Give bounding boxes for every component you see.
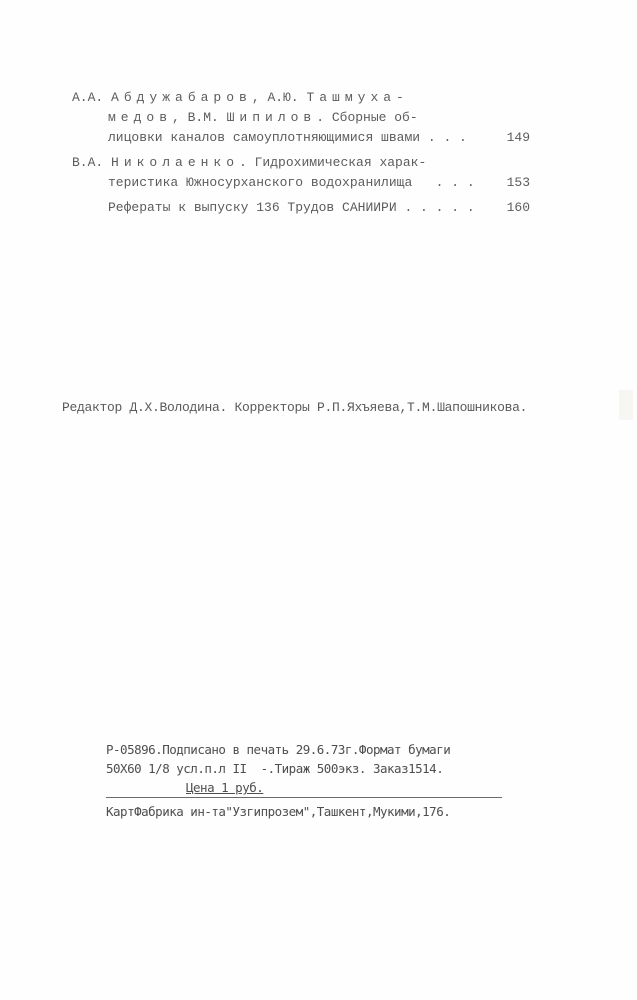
author-initials: , А.Ю.: [252, 90, 307, 105]
author-name: Николаенко: [111, 155, 239, 170]
editor-credits: Редактор Д.Х.Володина. Корректоры Р.П.Ях…: [62, 400, 527, 415]
author-name: Абдужабаров: [111, 90, 252, 105]
printer-line: КартФабрика ин-та"Узгипрозем",Ташкент,Му…: [106, 802, 506, 821]
article-title: . Гидрохимическая харак-: [239, 155, 426, 170]
page-number: 149: [507, 128, 530, 148]
page-number: 153: [507, 173, 530, 193]
author-name: Ташмуха-: [306, 90, 408, 105]
toc-line: В.А. Николаенко. Гидрохимическая харак-: [72, 153, 542, 173]
author-initials: А.А.: [72, 90, 111, 105]
separator-rule: [106, 797, 502, 798]
author-name: Шипилов: [227, 110, 317, 125]
document-page: А.А. Абдужабаров, А.Ю. Ташмуха- медов, В…: [0, 0, 637, 1000]
author-initials: , В.М.: [172, 110, 227, 125]
toc-entry-abdujabarov: А.А. Абдужабаров, А.Ю. Ташмуха- медов, В…: [72, 88, 542, 148]
article-title: Рефераты к выпуску 136 Трудов САНИИРИ . …: [108, 200, 475, 215]
toc-line: теристика Южносурханского водохранилища …: [72, 173, 542, 193]
imprint-line-2: 50Х60 1/8 усл.п.л II -.Тираж 500экз. Зак…: [106, 759, 506, 778]
price-line: Цена 1 руб.: [106, 778, 506, 797]
toc-line: Рефераты к выпуску 136 Трудов САНИИРИ . …: [72, 198, 542, 218]
article-title: лицовки каналов самоуплотняющимися швами…: [108, 130, 467, 145]
author-name: медов: [108, 110, 172, 125]
table-of-contents: А.А. Абдужабаров, А.Ю. Ташмуха- медов, В…: [72, 88, 542, 223]
article-title: . Сборные об-: [316, 110, 417, 125]
toc-entry-abstracts: Рефераты к выпуску 136 Трудов САНИИРИ . …: [72, 198, 542, 218]
imprint-line-1: Р-05896.Подписано в печать 29.6.73г.Форм…: [106, 740, 506, 759]
toc-line: лицовки каналов самоуплотняющимися швами…: [72, 128, 542, 148]
page-number: 160: [507, 198, 530, 218]
imprint-block: Р-05896.Подписано в печать 29.6.73г.Форм…: [106, 740, 506, 821]
toc-entry-nikolaenko: В.А. Николаенко. Гидрохимическая харак- …: [72, 153, 542, 193]
author-initials: В.А.: [72, 155, 111, 170]
article-title: теристика Южносурханского водохранилища …: [108, 175, 475, 190]
toc-line: медов, В.М. Шипилов. Сборные об-: [72, 108, 542, 128]
toc-line: А.А. Абдужабаров, А.Ю. Ташмуха-: [72, 88, 542, 108]
page-edge-mark: [619, 390, 633, 420]
